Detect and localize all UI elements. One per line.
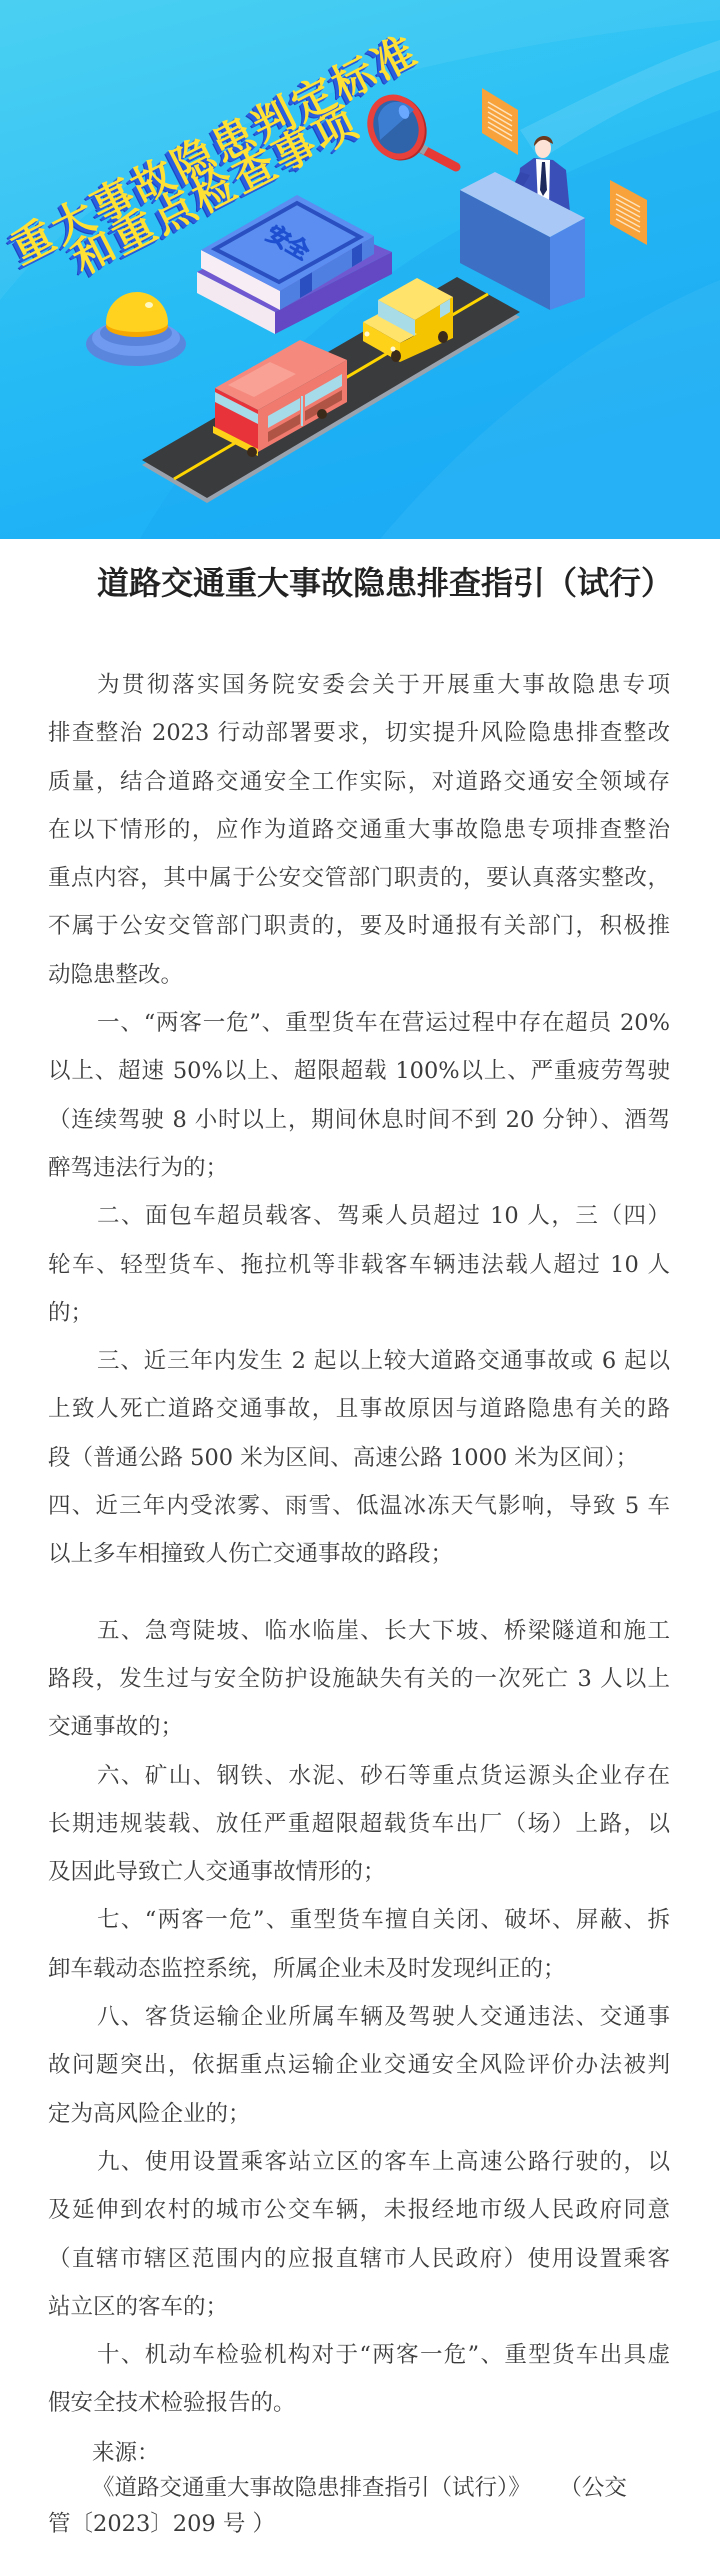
text-line: 为贯彻落实国务院安委会关于开展重大事故隐患专项 bbox=[48, 661, 670, 709]
source-line: 管〔2023〕209 号 ） bbox=[48, 2505, 670, 2543]
text-line: （直辖市辖区范围内的应报直辖市人民政府）使用设置乘客 bbox=[48, 2235, 670, 2283]
text-line: 七、“两客一危”、重型货车擅自关闭、破坏、屏蔽、拆 bbox=[48, 1896, 670, 1944]
text-line: 站立区的客车的； bbox=[48, 2283, 670, 2331]
text-line: 以上、超速 50%以上、超限超载 100%以上、严重疲劳驾驶 bbox=[48, 1047, 670, 1095]
paragraph-item-2: 二、面包车超员载客、驾乘人员超过 10 人，三（四） 轮车、轻型货车、拖拉机等非… bbox=[48, 1192, 670, 1337]
source-label: 来源： bbox=[48, 2435, 670, 2471]
text-line: 九、使用设置乘客站立区的客车上高速公路行驶的，以 bbox=[48, 2138, 670, 2186]
text-line: 醉驾违法行为的； bbox=[48, 1144, 670, 1192]
text-line: 及因此导致亡人交通事故情形的； bbox=[48, 1848, 670, 1896]
text-line: （连续驾驶 8 小时以上，期间休息时间不到 20 分钟）、酒驾 bbox=[48, 1096, 670, 1144]
source-line: 《道路交通重大事故隐患排查指引（试行）》 （公交 bbox=[48, 2471, 670, 2505]
text-line: 上致人死亡道路交通事故，且事故原因与道路隐患有关的路 bbox=[48, 1385, 670, 1433]
banner-illustration: 安全 bbox=[0, 0, 720, 539]
text-line: 重点内容，其中属于公安交管部门职责的，要认真落实整改， bbox=[48, 854, 670, 902]
paragraph-item-6: 六、矿山、钢铁、水泥、砂石等重点货运源头企业存在 长期违规装载、放任严重超限超载… bbox=[48, 1752, 670, 1897]
text-line: 定为高风险企业的； bbox=[48, 2090, 670, 2138]
text-line: 在以下情形的，应作为道路交通重大事故隐患专项排查整治 bbox=[48, 806, 670, 854]
source-citation: 来源： 《道路交通重大事故隐患排查指引（试行）》 （公交 管〔2023〕209 … bbox=[48, 2435, 670, 2543]
text-line: 长期违规装载、放任严重超限超载货车出厂（场）上路，以 bbox=[48, 1800, 670, 1848]
text-line: 不属于公安交管部门职责的，要及时通报有关部门，积极推 bbox=[48, 902, 670, 950]
text-line: 交通事故的； bbox=[48, 1703, 670, 1751]
paragraph-item-3: 三、近三年内发生 2 起以上较大道路交通事故或 6 起以 上致人死亡道路交通事故… bbox=[48, 1337, 670, 1482]
paragraph-item-9: 九、使用设置乘客站立区的客车上高速公路行驶的，以 及延伸到农村的城市公交车辆，未… bbox=[48, 2138, 670, 2331]
text-line: 二、面包车超员载客、驾乘人员超过 10 人，三（四） bbox=[48, 1192, 670, 1240]
text-line: 动隐患整改。 bbox=[48, 951, 670, 999]
paragraph-item-4: 四、近三年内受浓雾、雨雪、低温冰冻天气影响，导致 5 车 以上多车相撞致人伤亡交… bbox=[48, 1482, 670, 1579]
paragraph-item-8: 八、客货运输企业所属车辆及驾驶人交通违法、交通事 故问题突出，依据重点运输企业交… bbox=[48, 1993, 670, 2138]
text-line: 十、机动车检验机构对于“两客一危”、重型货车出具虚 bbox=[48, 2331, 670, 2379]
text-line: 卸车载动态监控系统，所属企业未及时发现纠正的； bbox=[48, 1945, 670, 1993]
text-line: 的； bbox=[48, 1289, 670, 1337]
text-line: 五、急弯陡坡、临水临崖、长大下坡、桥梁隧道和施工 bbox=[48, 1607, 670, 1655]
text-line: 八、客货运输企业所属车辆及驾驶人交通违法、交通事 bbox=[48, 1993, 670, 2041]
text-line: 一、“两客一危”、重型货车在营运过程中存在超员 20% bbox=[48, 999, 670, 1047]
paragraph-intro: 为贯彻落实国务院安委会关于开展重大事故隐患专项 排查整治 2023 行动部署要求… bbox=[48, 661, 670, 999]
paragraph-item-5: 五、急弯陡坡、临水临崖、长大下坡、桥梁隧道和施工 路段，发生过与安全防护设施缺失… bbox=[48, 1607, 670, 1752]
text-line: 三、近三年内发生 2 起以上较大道路交通事故或 6 起以 bbox=[48, 1337, 670, 1385]
blank-spacer bbox=[48, 1579, 670, 1607]
text-line: 段（普通公路 500 米为区间、高速公路 1000 米为区间）； bbox=[48, 1434, 670, 1482]
text-line: 及延伸到农村的城市公交车辆，未报经地市级人民政府同意 bbox=[48, 2186, 670, 2234]
text-line: 轮车、轻型货车、拖拉机等非载客车辆违法载人超过 10 人 bbox=[48, 1241, 670, 1289]
text-line: 六、矿山、钢铁、水泥、砂石等重点货运源头企业存在 bbox=[48, 1752, 670, 1800]
paragraph-item-7: 七、“两客一危”、重型货车擅自关闭、破坏、屏蔽、拆 卸车载动态监控系统，所属企业… bbox=[48, 1896, 670, 1993]
text-line: 假安全技术检验报告的。 bbox=[48, 2379, 670, 2427]
text-line: 排查整治 2023 行动部署要求，切实提升风险隐患排查整改 bbox=[48, 709, 670, 757]
paragraph-item-10: 十、机动车检验机构对于“两客一危”、重型货车出具虚 假安全技术检验报告的。 bbox=[48, 2331, 670, 2428]
text-line: 以上多车相撞致人伤亡交通事故的路段； bbox=[48, 1530, 670, 1578]
text-line: 路段，发生过与安全防护设施缺失有关的一次死亡 3 人以上 bbox=[48, 1655, 670, 1703]
article-title: 道路交通重大事故隐患排查指引（试行） bbox=[97, 561, 673, 605]
article-body: 为贯彻落实国务院安委会关于开展重大事故隐患专项 排查整治 2023 行动部署要求… bbox=[48, 661, 670, 2543]
text-line: 质量，结合道路交通安全工作实际，对道路交通安全领域存 bbox=[48, 758, 670, 806]
article-page: 安全 bbox=[0, 0, 720, 2560]
text-line: 故问题突出，依据重点运输企业交通安全风险评价办法被判 bbox=[48, 2041, 670, 2089]
text-line: 四、近三年内受浓雾、雨雪、低温冰冻天气影响，导致 5 车 bbox=[48, 1482, 670, 1530]
paragraph-item-1: 一、“两客一危”、重型货车在营运过程中存在超员 20% 以上、超速 50%以上、… bbox=[48, 999, 670, 1192]
